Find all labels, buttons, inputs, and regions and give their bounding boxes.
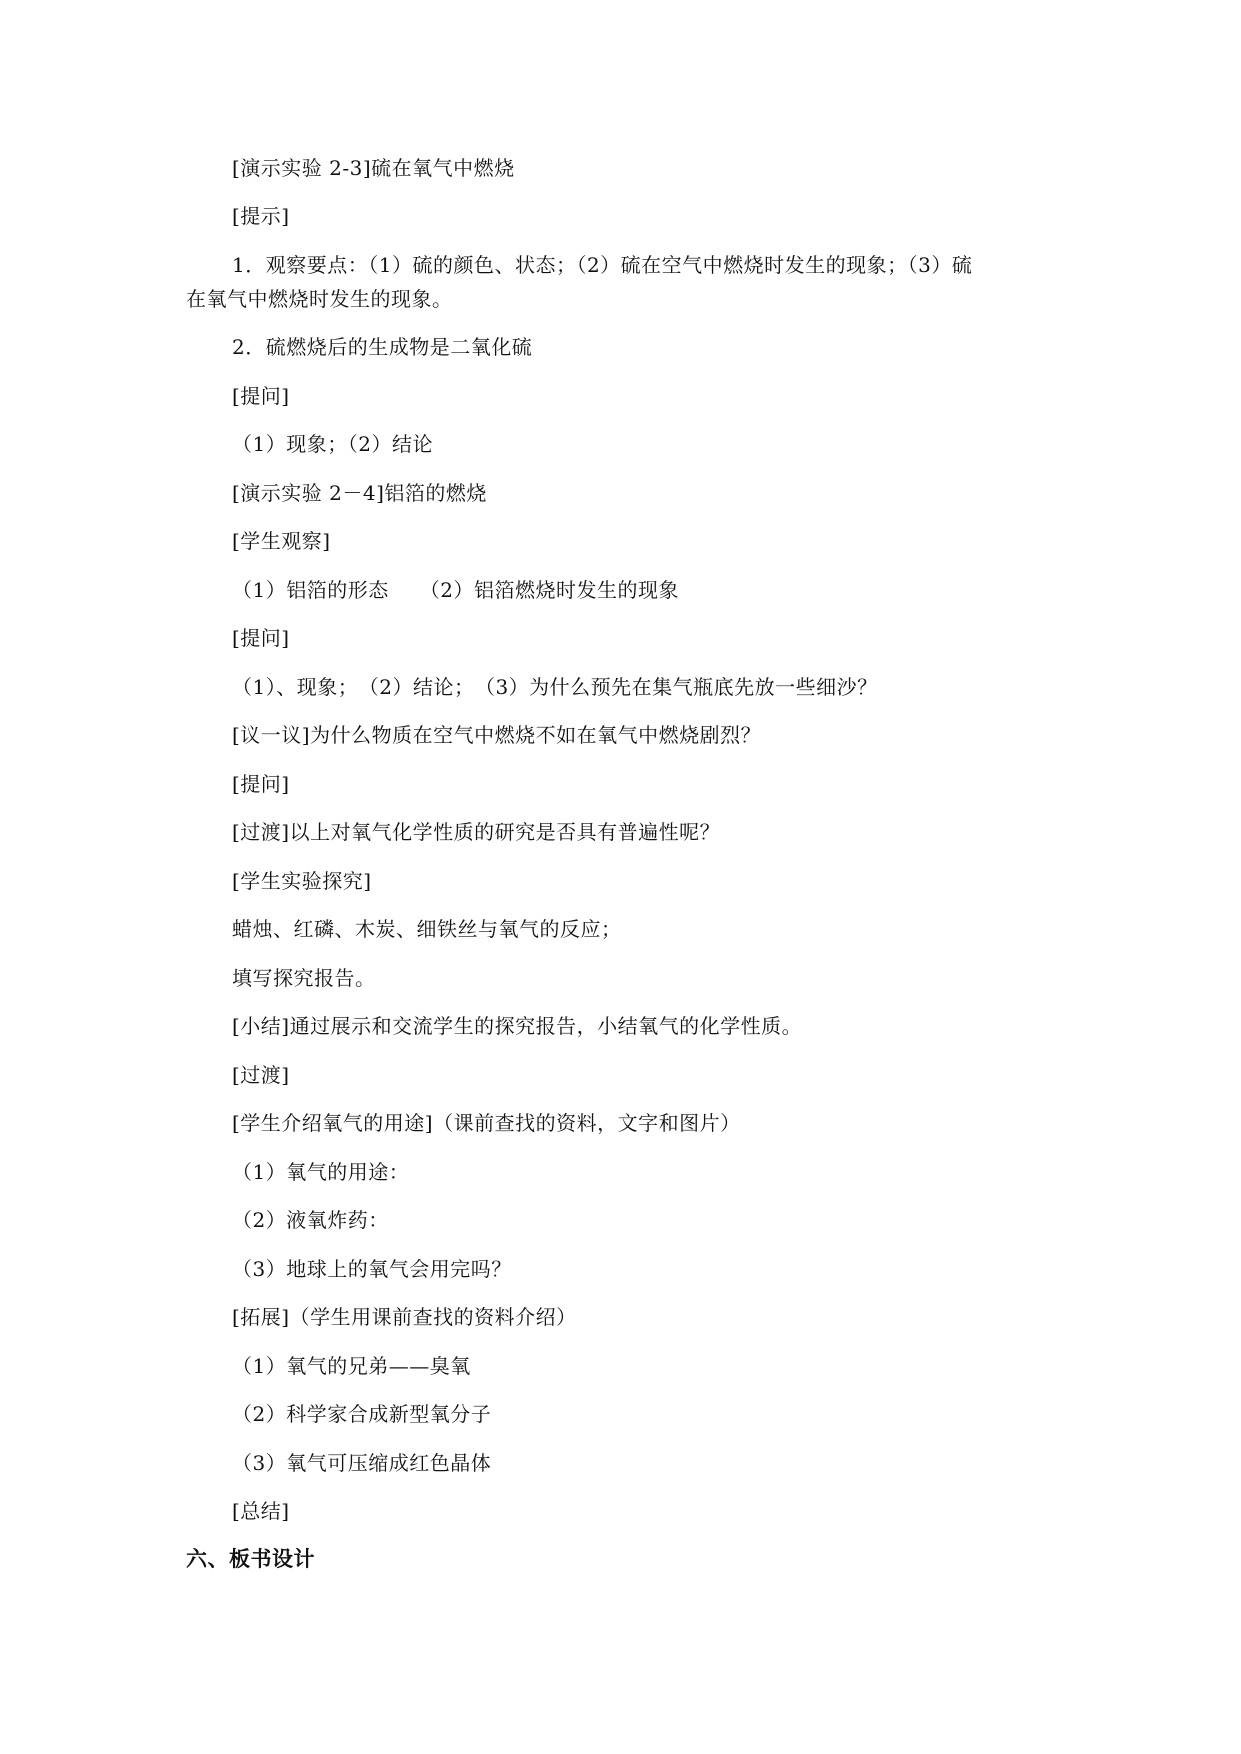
observation-points: 1．观察要点：（1）硫的颜色、状态；（2）硫在空气中燃烧时发生的现象；（3）硫 bbox=[232, 253, 972, 277]
transition-2: [过渡] bbox=[232, 1063, 290, 1087]
foil-questions: （1）、现象； （2）结论； （3）为什么预先在集气瓶底先放一些细沙？ bbox=[232, 675, 878, 699]
oxygen-runout: （3）地球上的氧气会用完吗？ bbox=[232, 1257, 512, 1281]
hint-label: [提示] bbox=[232, 204, 290, 228]
discussion: [议一议]为什么物质在空气中燃烧不如在氧气中燃烧剧烈？ bbox=[232, 723, 761, 747]
liquid-oxygen: （2）液氧炸药： bbox=[232, 1208, 389, 1232]
section-heading: 六、板书设计 bbox=[186, 1547, 315, 1571]
student-experiment: [学生实验探究] bbox=[232, 869, 372, 893]
demo-experiment-2-4: [演示实验 2－4]铝箔的燃烧 bbox=[232, 481, 487, 505]
transition-1: [过渡]以上对氧气化学性质的研究是否具有普遍性呢？ bbox=[232, 820, 720, 844]
demo-experiment-2-3: [演示实验 2-3]硫在氧气中燃烧 bbox=[232, 156, 515, 180]
ozone: （1）氧气的兄弟——臭氧 bbox=[232, 1354, 471, 1378]
oxygen-uses-intro: [学生介绍氧气的用途]（课前查找的资料，文字和图片） bbox=[232, 1111, 741, 1135]
new-oxygen-molecule: （2）科学家合成新型氧分子 bbox=[232, 1402, 491, 1426]
foil-observation: （1）铝箔的形态 （2）铝箔燃烧时发生的现象 bbox=[232, 578, 679, 602]
extension: [拓展]（学生用课前查找的资料介绍） bbox=[232, 1305, 577, 1329]
summary-small: [小结]通过展示和交流学生的探究报告，小结氧气的化学性质。 bbox=[232, 1014, 802, 1038]
red-crystal: （3）氧气可压缩成红色晶体 bbox=[232, 1451, 491, 1475]
student-observation: [学生观察] bbox=[232, 529, 331, 553]
oxygen-uses: （1）氧气的用途： bbox=[232, 1160, 409, 1184]
observation-points-cont: 在氧气中燃烧时发生的现象。 bbox=[186, 287, 453, 311]
reaction-list: 蜡烛、红磷、木炭、细铁丝与氧气的反应； bbox=[232, 917, 622, 941]
fill-report: 填写探究报告。 bbox=[232, 966, 376, 990]
conclusion-label: [总结] bbox=[232, 1499, 290, 1523]
product-sulfur-dioxide: 2．硫燃烧后的生成物是二氧化硫 bbox=[232, 335, 532, 359]
question-label-2: [提问] bbox=[232, 626, 290, 650]
question-label-3: [提问] bbox=[232, 772, 290, 796]
question-label: [提问] bbox=[232, 384, 290, 408]
phenomenon-conclusion: （1）现象；（2）结论 bbox=[232, 432, 433, 456]
